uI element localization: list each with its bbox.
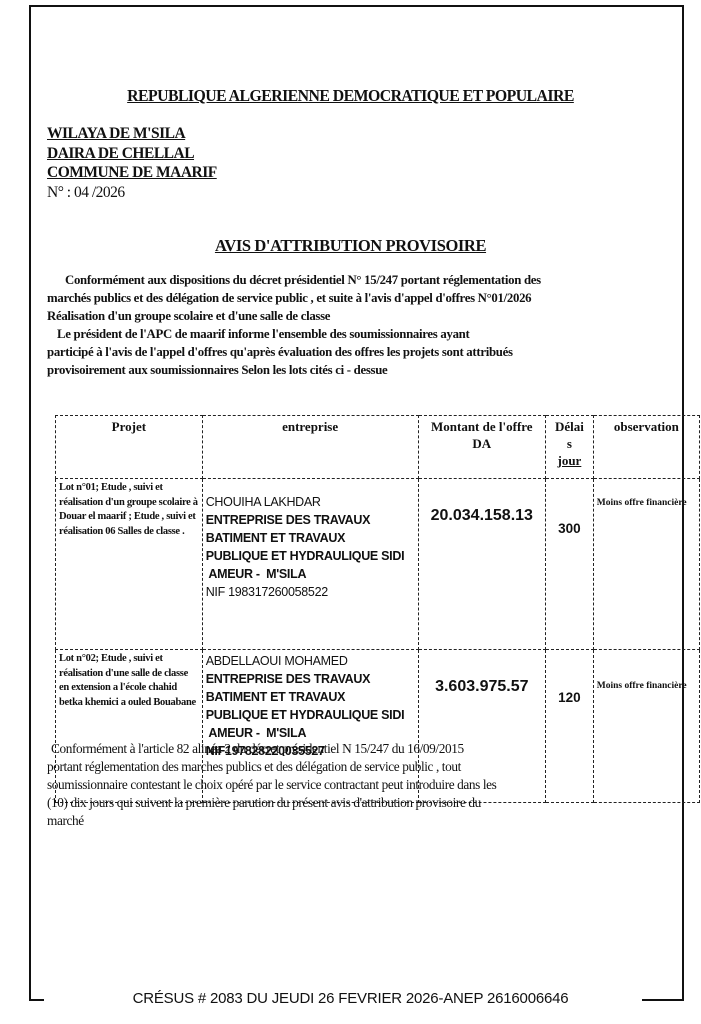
intro-paragraph: Conformément aux dispositions du décret … bbox=[47, 271, 647, 379]
legal-line: marché bbox=[47, 812, 647, 830]
cell-observation: Moins offre financière bbox=[593, 479, 699, 650]
wilaya: WILAYA DE M'SILA bbox=[47, 124, 217, 144]
republic-heading: REPUBLIQUE ALGERIENNE DEMOCRATIQUE ET PO… bbox=[25, 86, 677, 106]
intro-line: Réalisation d'un groupe scolaire et d'un… bbox=[47, 307, 647, 325]
legal-line: Conformément à l'article 82 alinéa 2 du … bbox=[47, 740, 647, 758]
header-delai-line1: Délai bbox=[555, 419, 584, 434]
administrative-block: WILAYA DE M'SILA DAIRA DE CHELLAL COMMUN… bbox=[47, 124, 217, 202]
header-montant: Montant de l'offre DA bbox=[418, 416, 546, 479]
entreprise-line: ENTREPRISE DES TRAVAUX bbox=[206, 511, 415, 529]
intro-line: marchés publics et des délégation de ser… bbox=[47, 289, 647, 307]
entreprise-line: BATIMENT ET TRAVAUX bbox=[206, 688, 415, 706]
intro-line: provisoirement aux soumissionnaires Selo… bbox=[47, 361, 647, 379]
entreprise-line: PUBLIQUE ET HYDRAULIQUE SIDI bbox=[206, 706, 415, 724]
entreprise-line: ENTREPRISE DES TRAVAUX bbox=[206, 670, 415, 688]
legal-paragraph: Conformément à l'article 82 alinéa 2 du … bbox=[47, 740, 647, 830]
cell-entreprise: CHOUIHA LAKHDAR ENTREPRISE DES TRAVAUX B… bbox=[202, 479, 418, 650]
page-frame-top bbox=[29, 5, 684, 7]
table-header-row: Projet entreprise Montant de l'offre DA … bbox=[56, 416, 700, 479]
header-montant-line2: DA bbox=[472, 436, 491, 451]
header-observation: observation bbox=[593, 416, 699, 479]
legal-line: portant réglementation des marches publi… bbox=[47, 758, 647, 776]
entreprise-name: ABDELLAOUI MOHAMED bbox=[206, 652, 415, 670]
page-frame-left bbox=[29, 5, 31, 1000]
header-delai-line3: jour bbox=[557, 453, 581, 468]
entreprise-nif: NIF 198317260058522 bbox=[206, 583, 415, 601]
header-projet: Projet bbox=[56, 416, 203, 479]
legal-line: soumissionnaire contestant le choix opér… bbox=[47, 776, 647, 794]
cell-montant: 20.034.158.13 bbox=[418, 479, 546, 650]
header-montant-line1: Montant de l'offre bbox=[431, 419, 533, 434]
intro-line: participé à l'avis de l'appel d'offres q… bbox=[47, 343, 647, 361]
commune: COMMUNE DE MAARIF bbox=[47, 163, 217, 183]
header-entreprise: entreprise bbox=[202, 416, 418, 479]
table-row: Lot n°01; Etude , suivi et réalisation d… bbox=[56, 479, 700, 650]
cell-delai: 300 bbox=[546, 479, 594, 650]
header-delai: Délai s jour bbox=[546, 416, 594, 479]
intro-line: Le président de l'APC de maarif informe … bbox=[47, 325, 647, 343]
entreprise-name: CHOUIHA LAKHDAR bbox=[206, 493, 415, 511]
publication-footer: CRÉSUS # 2083 DU JEUDI 26 FEVRIER 2026-A… bbox=[0, 990, 701, 1007]
notice-title: AVIS D'ATTRIBUTION PROVISOIRE bbox=[0, 236, 701, 256]
legal-line: (10) dix jours qui suivent la première p… bbox=[47, 794, 647, 812]
entreprise-line: AMEUR - M'SILA bbox=[206, 565, 415, 583]
daira: DAIRA DE CHELLAL bbox=[47, 144, 217, 164]
header-delai-line2: s bbox=[567, 436, 572, 451]
cell-projet: Lot n°01; Etude , suivi et réalisation d… bbox=[56, 479, 203, 650]
notice-number: N° : 04 /2026 bbox=[47, 183, 217, 203]
intro-line: Conformément aux dispositions du décret … bbox=[47, 271, 647, 289]
entreprise-line: PUBLIQUE ET HYDRAULIQUE SIDI bbox=[206, 547, 415, 565]
entreprise-line: BATIMENT ET TRAVAUX bbox=[206, 529, 415, 547]
